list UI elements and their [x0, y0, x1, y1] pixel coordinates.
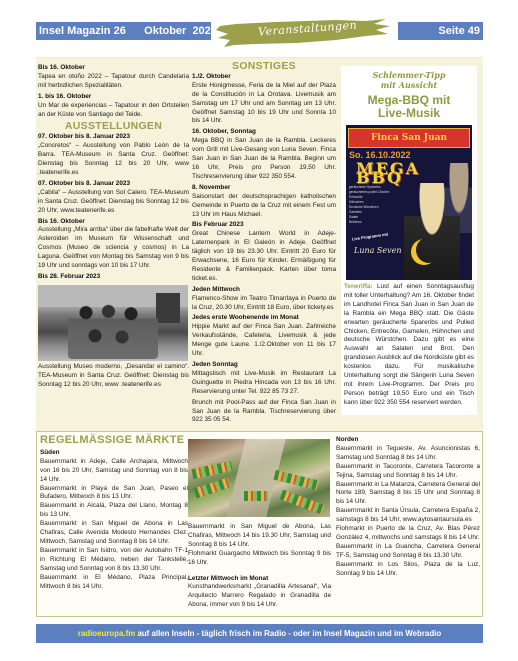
market-item: Bauernmarkt in Los Silos, Plaza de la Lu…	[336, 561, 480, 579]
issue-date: Oktober 2022	[144, 25, 217, 37]
market-item: Bauernmarkt in Tacoronte, Carretera Taco…	[336, 463, 480, 481]
poster-banner: Finca San Juan	[348, 128, 470, 148]
event-text: „Concretos“ – Ausstellung von Pablo León…	[38, 142, 189, 178]
poster-menu: geräucherte Spareribsgeräuchertes pulled…	[349, 185, 389, 225]
market-item: Bauernmarkt in San Miguel de Abona, Las …	[188, 523, 331, 550]
tip-kicker: Schlemmer-Tipp mit Aussicht	[344, 70, 474, 90]
event-date: 07. Oktober bis 8. Januar 2023	[38, 180, 189, 189]
market-item: Bauernmarkt in Playa de San Juan, Paseo …	[40, 485, 188, 503]
page-number: Seite 49	[398, 22, 483, 40]
markets-north: Norden Bauernmarkt in Tegueste, Av. Asun…	[336, 436, 480, 579]
column-tip: Schlemmer-Tipp mit Aussicht Mega-BBQ mit…	[344, 68, 474, 408]
region-heading: Norden	[336, 436, 480, 445]
event-date: Jedes erste Woohenende im Monat	[192, 314, 336, 323]
poster-live-label: Live Programm mit	[352, 231, 389, 245]
market-item: Bauernmarkt in Adeje, Calle Archajara, M…	[40, 458, 188, 485]
event-date: Bis 16. Oktober	[38, 64, 189, 73]
section-title-ausstellungen: AUSSTELLUNGEN	[38, 122, 189, 131]
event-date: 1./2. Oktober	[192, 73, 336, 82]
tip-title: Mega-BBQ mit Live-Musik	[344, 94, 474, 120]
event-date: Jeden Mittwoch	[192, 286, 336, 295]
event-date: 8. November	[192, 184, 336, 193]
region-heading: Süden	[40, 449, 188, 458]
event-date: Jeden Sonntag	[192, 361, 336, 370]
event-date: Bis Februar 2023	[192, 221, 336, 230]
event-text: Flamenco-Show im Teatro Timanfaya in Pue…	[192, 295, 336, 313]
market-hall-photo	[188, 439, 330, 517]
tip-lead: Teneriffa:	[344, 283, 373, 290]
magazine-header: Insel Magazin 26 Oktober 2022	[36, 22, 211, 40]
event-text: Mega BBQ in San Juan de la Rambla. Lecke…	[192, 137, 336, 182]
market-item: Kunsthandwerksmarkt „Granadilla Artesana…	[188, 583, 331, 610]
event-text: Erste Honigmesse, Feria de la Miel auf d…	[192, 82, 336, 127]
event-text: Ausstellung „Mira arriba“ über die fabel…	[38, 226, 189, 271]
event-poster: Finca San Juan So. 16.10.2022 MEGA BBQ g…	[346, 125, 472, 280]
magazine-title: Insel Magazin 26	[39, 25, 126, 37]
markets-south: REGELMÄSSIGE MÄRKTE Süden Bauernmarkt in…	[40, 436, 188, 591]
market-item: Bauernmarkt in La Matanza, Carretera Gen…	[336, 481, 480, 508]
market-item: Bauernmarkt in Tegueste, Av. Asuncionist…	[336, 445, 480, 463]
event-text: „Cabila“ – Ausstellung von Sol Calero. T…	[38, 189, 189, 216]
event-date: Bis 16. Oktober	[38, 218, 189, 227]
radio-link[interactable]: radioeuropa.fm	[78, 629, 135, 638]
poster-artist: Luna Seven	[354, 247, 402, 256]
event-text: Mittagstisch mit Live-Musik im Restauran…	[192, 370, 336, 397]
event-text: Tapea en otoño 2022 – Tapatour durch Can…	[38, 73, 189, 91]
tip-text: Teneriffa: Lust auf einen Sonntagsausflu…	[344, 283, 474, 408]
event-text: Great Chinese Lantern World in Adeje- La…	[192, 230, 336, 283]
photo-caption: Ausstellung Museo moderno, „Desandar el …	[38, 363, 189, 390]
column-exhibitions: Bis 16. Oktober Tapea en otoño 2022 – Ta…	[38, 62, 189, 390]
event-date: 1. bis 16. Oktober	[38, 93, 189, 102]
event-date: 16. Oktober, Sonntag	[192, 128, 336, 137]
moon-icon	[416, 237, 442, 263]
section-title-sonstiges: SONSTIGES	[192, 62, 336, 71]
market-item: Flohmarkt Guargacho Mittwoch bis Sonntag…	[188, 550, 331, 568]
footer-banner: radioeuropa.fm auf allen Inseln - täglic…	[36, 624, 483, 643]
market-item: Flohmarkt in Puerto de la Cruz, Av. Blas…	[336, 525, 480, 543]
event-text: Saisonstart der deutschsprachigen kathol…	[192, 193, 336, 220]
market-item: Bauernmarkt in Santa Úrsula, Carretera E…	[336, 507, 480, 525]
markets-middle: Bauernmarkt in San Miguel de Abona, Las …	[188, 523, 331, 610]
event-text: Hippie Markt auf der Finca San Juan. Zah…	[192, 323, 336, 359]
region-heading: Letzter Mittwoch im Monat	[188, 575, 331, 584]
event-text: Un Mar de experiencias – Tapatour in den…	[38, 102, 189, 120]
market-item: Bauernmarkt in El Médano, Plaza Principa…	[40, 574, 188, 592]
poster-headline: MEGA BBQ	[356, 165, 472, 183]
market-item: Bauernmarkt in Alcalá, Plaza del Llano, …	[40, 502, 188, 520]
event-date: 07. Oktober bis 8. Januar 2023	[38, 133, 189, 142]
market-item: Bauernmarkt in San Miguel de Abona in La…	[40, 520, 188, 547]
column-sonstiges: SONSTIGES 1./2. Oktober Erste Honigmesse…	[192, 62, 336, 425]
singer-photo	[404, 183, 460, 280]
exhibition-photo	[38, 285, 188, 361]
footer-text: auf allen Inseln - täglich frisch im Rad…	[135, 629, 441, 638]
event-date: Bis 28. Februar 2023	[38, 273, 189, 282]
event-text: Brunch mit Pool-Pass auf der Finca San J…	[192, 399, 336, 426]
market-item: Bauernmarkt in San Isidro, von der Autob…	[40, 547, 188, 574]
market-item: Bauernmarkt in La Guancha, Carretera Gen…	[336, 543, 480, 561]
markets-title: REGELMÄSSIGE MÄRKTE	[40, 436, 188, 445]
